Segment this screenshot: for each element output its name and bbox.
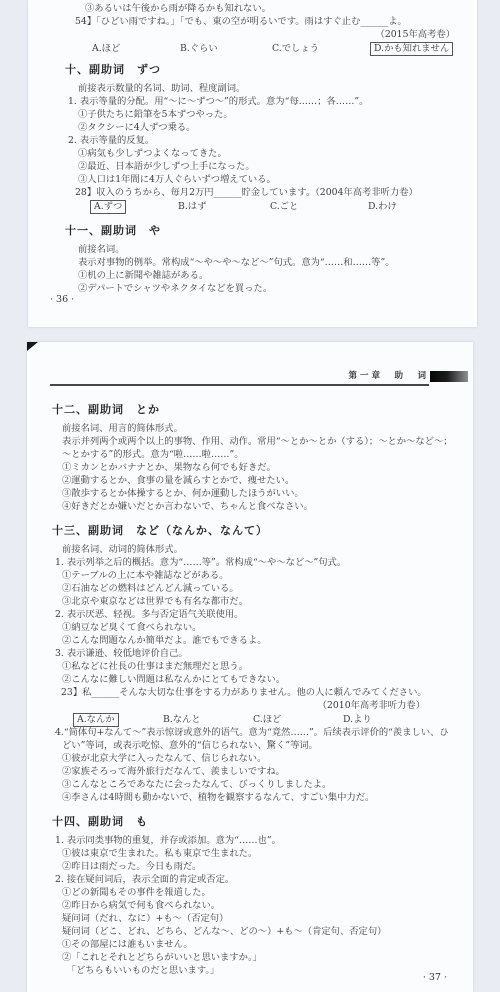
example-line: ①病気も少しずつよくなってきた。 [78, 147, 477, 160]
example-line: ②家族そろって海外旅行だなんて、羨ましいですね。 [62, 765, 473, 778]
example-line: ①その部屋には誰もいません。 [62, 938, 473, 951]
example-line: 「どちらもいいものだと思います。」 [62, 964, 473, 977]
example-line: ②最近、日本語が少しずつ上手になった。 [78, 160, 477, 173]
corner-fold-mark [27, 342, 38, 351]
header-rule [50, 384, 429, 386]
grammar-note: 前接名词、用言的简体形式。 [62, 422, 473, 435]
rule-item-3: 3. 表示谦逊、较低地评价自己。 [55, 647, 473, 660]
example-line: ④李さんは4時間も動かないで、植物を観察するなんて、すごい集中力だ。 [62, 791, 473, 804]
answer-options-row: A.ずつ B.はず C.ごと D.わけ [90, 200, 477, 213]
example-line: ①彼が北京大学に入ったなんて、信じられない。 [62, 752, 473, 765]
option-a: A.ほど [92, 42, 180, 55]
example-line: ①私などに社長の仕事はまだ無理だと思う。 [62, 660, 473, 673]
exam-question-23: 23】私______そんな大切な仕事をする力がありません。他の人に頼んでみてくだ… [61, 686, 473, 699]
grammar-note: 前接名词、动词的简体形式。 [62, 543, 473, 556]
example-line: ①彼は東京で生まれた。私も東京で生まれた。 [62, 847, 473, 860]
option-d: D.より [343, 713, 372, 726]
example-line: ③北京や東京などは世界でも有名な都市だ。 [62, 595, 473, 608]
example-line: ①テーブルの上に本や雑誌などがある。 [62, 569, 473, 582]
rule-item-2: 2. 表示厌恶、轻视。多与否定语气关联使用。 [55, 608, 473, 621]
option-d: D.わけ [368, 200, 397, 213]
option-a-answer-boxed: A.ずつ [90, 200, 126, 214]
exam-source-label: （2010年高考非听力卷） [27, 699, 425, 712]
grammar-note: ～とかする”的形式。意为“啦……啦……”。 [62, 448, 473, 461]
example-line: ③こんなところであなたに会ったなんて、びっくりしましたよ。 [62, 778, 473, 791]
page-number-36: · 36 · [50, 294, 74, 305]
book-page-36: ③あるいは午後から雨が降るかも知れない。 54】「ひどい雨ですね。」「でも、東の… [28, 0, 477, 327]
example-line: ①どの新聞もその事件を報道した。 [62, 886, 473, 899]
rule-item-2: 2. 表示等量的反复。 [68, 134, 477, 147]
example-line: ③あるいは午後から雨が降るかも知れない。 [85, 2, 477, 15]
example-line: ②こんなに難しい問題は私なんかにとてもできない。 [62, 673, 473, 686]
exam-question-28: 28】収入のうちから、毎月2万円______貯金しています。（2004年高考非听… [75, 186, 477, 199]
rule-item-4-cont: どい”等词，或表示吃惊、意外的“信じられない、驚く”等词。 [62, 739, 473, 752]
example-line: ③人口は1年間に4万人ぐらいずつ増えている。 [78, 173, 477, 186]
grammar-note: 前接名词。 [78, 243, 477, 256]
example-line: ②昨日から病気で何も食べられない。 [62, 899, 473, 912]
grammar-note: 表示并列两个或两个以上的事物、作用、动作。常用“～とか～とか（する）；～とか～な… [62, 435, 473, 448]
pattern-line: 疑问词（どこ、どれ、どちら、どんな～、どの～）+も～（肯定句、否定句） [62, 925, 473, 938]
option-d-answer-boxed: D.かも知れません [370, 42, 453, 56]
example-line: ①納豆など臭くて食べられない。 [62, 621, 473, 634]
option-a-answer-boxed: A.なんか [73, 713, 119, 727]
option-b: B.なんと [163, 713, 253, 726]
chapter-tab-bar [430, 371, 468, 382]
example-line: ②こんな問題なんか簡単だよ。誰でもできるよ。 [62, 634, 473, 647]
exam-source-label: （2015年高考卷） [28, 28, 455, 41]
example-line: ④好きだとか嫌いだとか言わないで、ちゃんと食べなさい。 [62, 500, 473, 513]
exam-question-54: 54】「ひどい雨ですね。」「でも、東の空が明るいです。雨はすぐ止む______よ… [75, 15, 477, 28]
section-heading-13: 十三、副助词 など（なんか、なんて） [52, 523, 473, 538]
rule-item-1: 1. 表示等量的分配。用“～に～ずつ～”的形式。意为“每……；各……”。 [68, 95, 477, 108]
option-b: B.ぐらい [180, 42, 272, 55]
grammar-note: 表示对事物的例举。常构成“～や～や～など～”句式。意为“……和……等”。 [78, 256, 477, 269]
answer-options-row: A.ほど B.ぐらい C.でしょう D.かも知れません [92, 42, 477, 55]
example-line: ②昨日は雨だった。今日も雨だ。 [62, 860, 473, 873]
grammar-note: 前接表示数量的名词、助词、程度副词。 [78, 82, 477, 95]
option-c: C.でしょう [272, 42, 370, 55]
section-heading-12: 十二、副助词 とか [52, 402, 473, 417]
example-line: ②石油などの燃料はどんどん減っている。 [62, 582, 473, 595]
example-line: ②タクシーに4人ずつ乗る。 [78, 121, 477, 134]
rule-item-4: 4.“简体句+なんて～”表示惊讶或意外的语气。意为“竟然……”。后续表示评价的“… [55, 726, 473, 739]
example-line: ③散歩するとか体操するとか、何か運動したほうがいい。 [62, 487, 473, 500]
option-c: C.ごと [270, 200, 368, 213]
example-line: ①子供たちに鉛筆を5本ずつやった。 [78, 108, 477, 121]
section-heading-10: 十、副助词 ずつ [65, 62, 477, 77]
pattern-line: 疑问词（だれ、なに）+も～（否定句） [62, 912, 473, 925]
example-line: ①ミカンとかバナナとか、果物なら何でも好きだ。 [62, 461, 473, 474]
example-line: ②「これとそれとどちらがいいと思いますか。」 [62, 951, 473, 964]
book-page-37: 第一章 助 词 十二、副助词 とか 前接名词、用言的简体形式。 表示并列两个或两… [27, 342, 473, 992]
example-line: ②運動するとか、食事の量を減らすとかで、痩せたい。 [62, 474, 473, 487]
page-number-37: · 37 · [423, 972, 447, 983]
section-heading-11: 十一、副助词 や [65, 223, 477, 238]
option-b: B.はず [178, 200, 270, 213]
section-heading-14: 十四、副助词 も [52, 814, 473, 829]
rule-item-1: 1. 表示列举之后的概括。意为“……等”。常构成“～や～など～”句式。 [55, 556, 473, 569]
option-c: C.ほど [253, 713, 343, 726]
answer-options-row: A.なんか B.なんと C.ほど D.より [73, 713, 473, 726]
example-line: ①机の上に新聞や雑誌がある。 [78, 269, 477, 282]
running-header-chapter: 第一章 助 词 [348, 369, 429, 381]
rule-item-1: 1. 表示同类事物的重复，并存或添加。意为“……也”。 [55, 834, 473, 847]
rule-item-2: 2. 接在疑问词后，表示全面的肯定或否定。 [55, 873, 473, 886]
example-line: ②デパートでシャツやネクタイなどを買った。 [78, 282, 477, 295]
